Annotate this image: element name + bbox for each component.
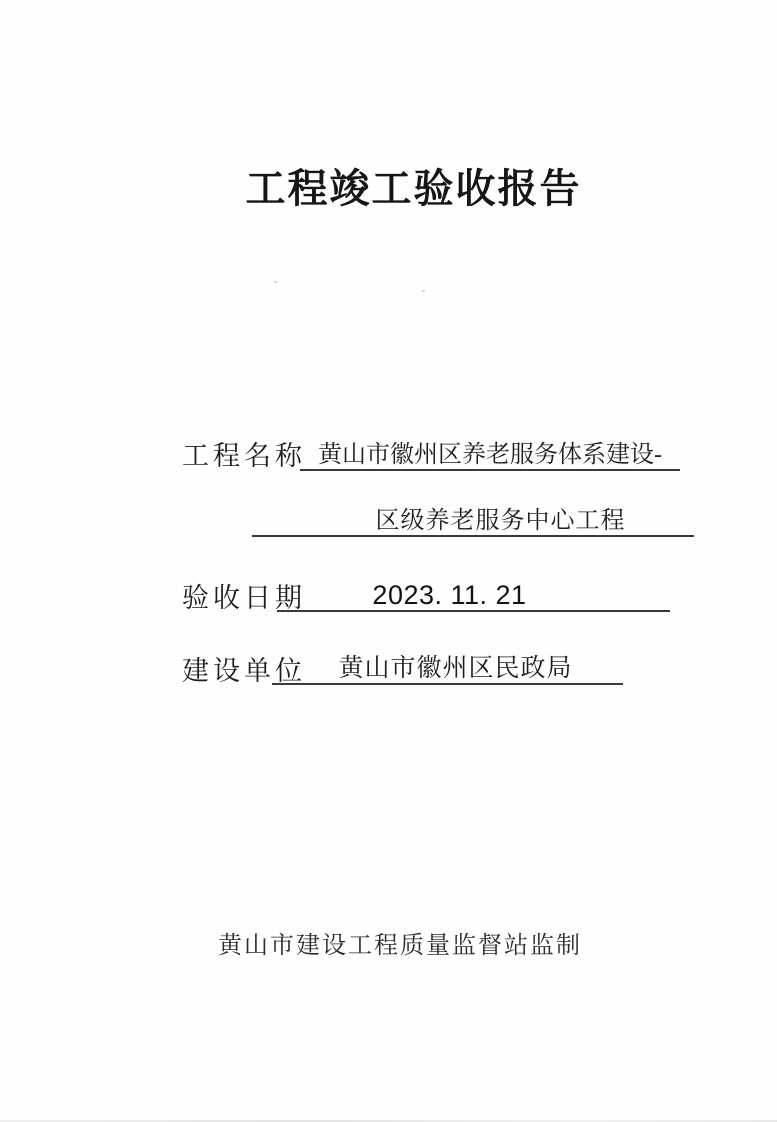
document-title: 工程竣工验收报告 [50, 157, 777, 214]
acceptance-date-value: 2023. 11. 21 [372, 582, 526, 610]
construction-unit-underline: 黄山市徽州区民政局 [272, 649, 623, 685]
scanned-document-page: 工程竣工验收报告 工程名称 黄山市徽州区养老服务体系建设- 区级养老服务中心工程… [0, 0, 777, 1122]
project-name-underline-line1: 黄山市徽州区养老服务体系建设- [300, 435, 680, 471]
acceptance-date-underline: 2023. 11. 21 [277, 576, 670, 612]
construction-unit-value: 黄山市徽州区民政局 [338, 656, 572, 683]
scan-speck [422, 290, 425, 292]
project-name-label: 工程名称 [182, 442, 306, 470]
scan-speck [274, 281, 277, 283]
project-name-value-line2: 区级养老服务中心工程 [376, 508, 626, 535]
issuer-footer-text: 黄山市建设工程质量监督站监制 [23, 925, 777, 960]
project-name-underline-line2: 区级养老服务中心工程 [252, 501, 694, 537]
project-name-value-line1: 黄山市徽州区养老服务体系建设- [318, 442, 662, 469]
